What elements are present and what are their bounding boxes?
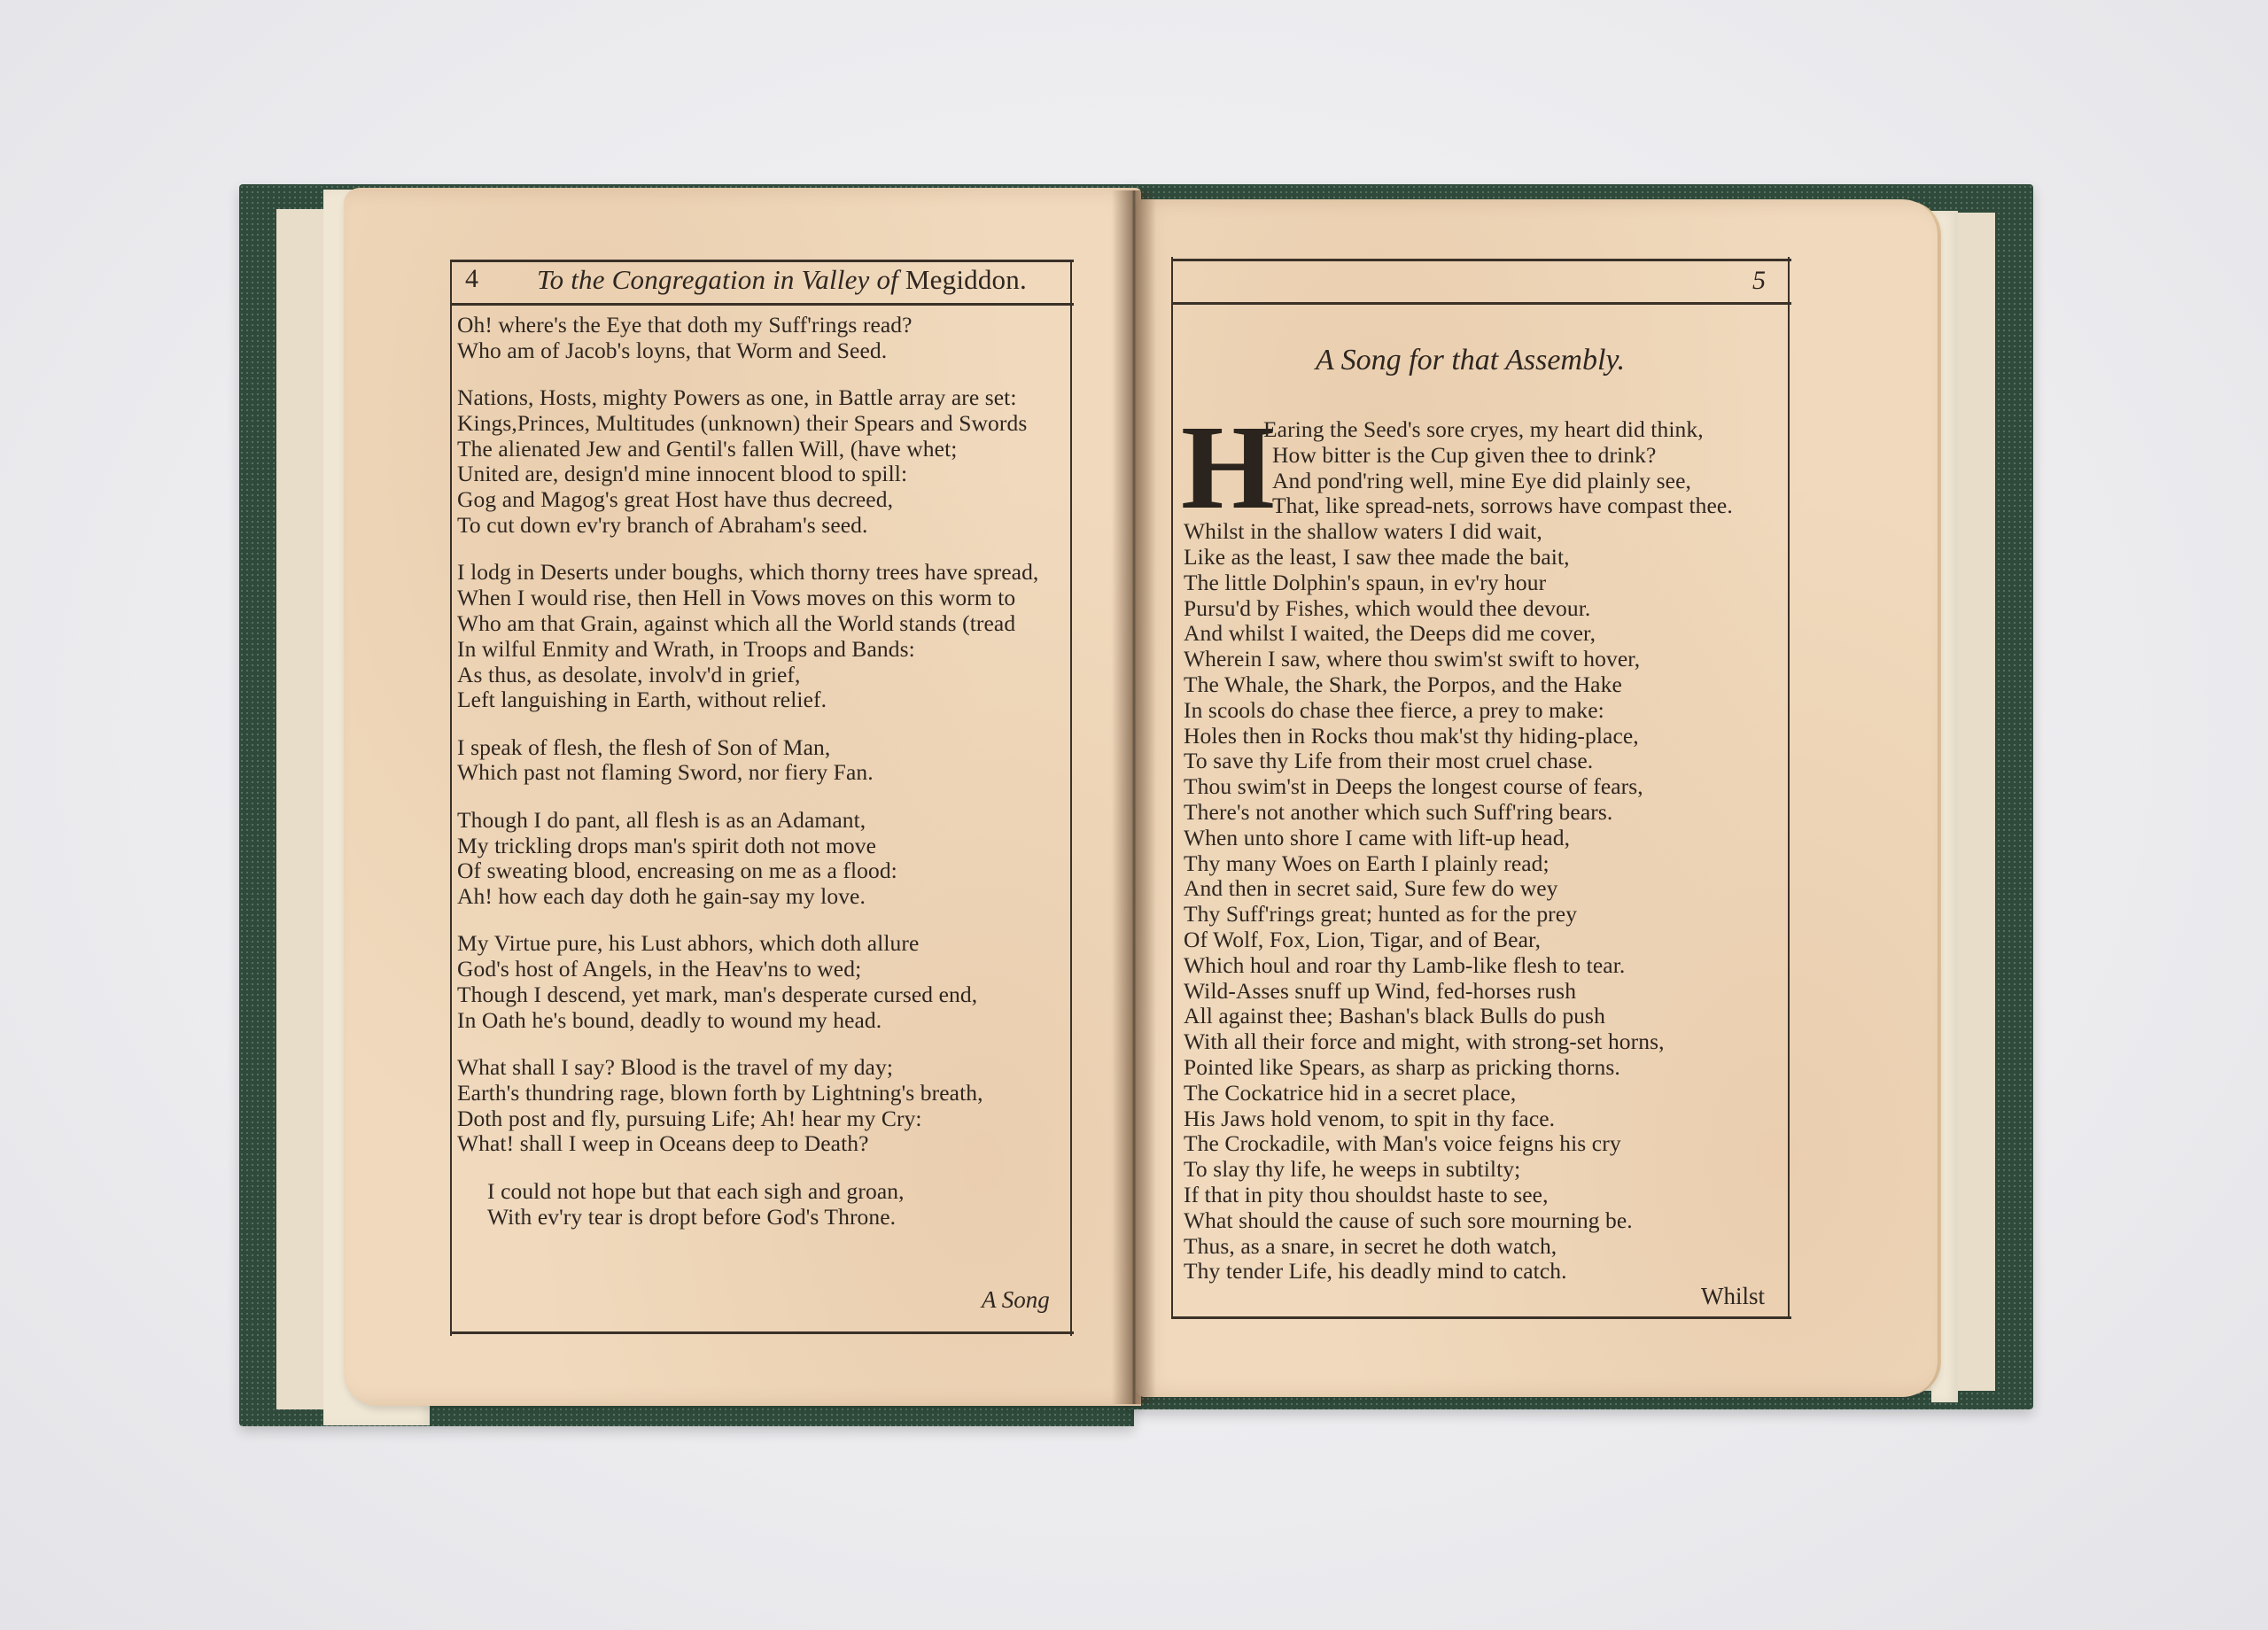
verse-line: What should the cause of such sore mourn… <box>1184 1207 1633 1233</box>
verse-line: Nations, Hosts, mighty Powers as one, in… <box>457 384 1017 410</box>
verse-line: My Virtue pure, his Lust abhors, which d… <box>457 930 919 956</box>
verse-line: Earing the Seed's sore cryes, my heart d… <box>1263 416 1704 442</box>
verse-line: To cut down ev'ry branch of Abraham's se… <box>457 512 868 538</box>
running-head-roman: Megiddon. <box>905 264 1027 295</box>
verse-line: Thy Suff'rings great; hunted as for the … <box>1184 901 1577 927</box>
verse-line: To save thy Life from their most cruel c… <box>1184 748 1593 773</box>
right-bottom-rule <box>1171 1316 1791 1319</box>
verse-line: And whilst I waited, the Deeps did me co… <box>1184 620 1596 646</box>
verse-line: Thou swim'st in Deeps the longest course… <box>1184 773 1643 799</box>
drop-cap: H <box>1181 415 1275 521</box>
verse-line: I could not hope but that each sigh and … <box>487 1178 905 1204</box>
verse-line: Thus, as a snare, in secret he doth watc… <box>1184 1233 1557 1259</box>
verse-line: Though I descend, yet mark, man's desper… <box>457 982 977 1007</box>
verse-line: Pointed like Spears, as sharp as prickin… <box>1184 1054 1620 1080</box>
verse-line: With ev'ry tear is dropt before God's Th… <box>487 1204 896 1230</box>
verse-line: If that in pity thou shouldst haste to s… <box>1184 1182 1549 1207</box>
left-head-rule <box>450 303 1074 306</box>
verse-line: The Cockatrice hid in a secret place, <box>1184 1080 1516 1106</box>
verse-line: Oh! where's the Eye that doth my Suff'ri… <box>457 312 913 338</box>
verse-line: And pond'ring well, mine Eye did plainly… <box>1272 468 1691 493</box>
verse-line: When I would rise, then Hell in Vows mov… <box>457 585 1015 610</box>
right-head-rule <box>1171 302 1791 305</box>
verse-line: To slay thy life, he weeps in subtilty; <box>1184 1156 1520 1182</box>
verse-line: God's host of Angels, in the Heav'ns to … <box>457 956 861 982</box>
left-bottom-rule <box>450 1331 1074 1334</box>
verse-line: The Crockadile, with Man's voice feigns … <box>1184 1130 1621 1156</box>
left-top-rule <box>450 260 1074 262</box>
gutter-shadow <box>1112 190 1156 1404</box>
verse-line: Pursu'd by Fishes, which would thee devo… <box>1184 595 1590 621</box>
verse-line: When unto shore I came with lift-up head… <box>1184 825 1570 850</box>
right-catchword: Whilst <box>1701 1283 1765 1310</box>
song-title: A Song for that Assembly. <box>1316 344 1625 377</box>
verse-line: Who am of Jacob's loyns, that Worm and S… <box>457 338 887 363</box>
right-top-rule <box>1171 259 1791 261</box>
verse-line: Which houl and roar thy Lamb-like flesh … <box>1184 952 1625 978</box>
verse-line: United are, design'd mine innocent blood… <box>457 461 907 486</box>
verse-line: Earth's thundring rage, blown forth by L… <box>457 1080 983 1106</box>
verse-line: Whilst in the shallow waters I did wait, <box>1184 518 1542 544</box>
verse-line: Which past not flaming Sword, nor fiery … <box>457 759 874 785</box>
verse-line: Thy many Woes on Earth I plainly read; <box>1184 850 1550 876</box>
verse-line: In Oath he's bound, deadly to wound my h… <box>457 1007 882 1033</box>
verse-line: In scools do chase thee fierce, a prey t… <box>1184 697 1604 723</box>
verse-line: Doth post and fly, pursuing Life; Ah! he… <box>457 1106 922 1131</box>
verse-line: I lodg in Deserts under boughs, which th… <box>457 559 1038 585</box>
verse-line: There's not another which such Suff'ring… <box>1184 799 1612 825</box>
verse-line: Though I do pant, all flesh is as an Ada… <box>457 807 866 833</box>
verse-line: The alienated Jew and Gentil's fallen Wi… <box>457 436 957 462</box>
verse-line: Gog and Magog's great Host have thus dec… <box>457 486 893 512</box>
verse-line: His Jaws hold venom, to spit in thy face… <box>1184 1106 1555 1131</box>
verse-line: Of Wolf, Fox, Lion, Tigar, and of Bear, <box>1184 927 1541 952</box>
verse-line: The little Dolphin's spaun, in ev'ry hou… <box>1184 570 1546 595</box>
left-catchword: A Song <box>982 1286 1050 1314</box>
verse-line: The Whale, the Shark, the Porpos, and th… <box>1184 671 1622 697</box>
verse-line: Wild-Asses snuff up Wind, fed-horses rus… <box>1184 978 1576 1004</box>
verse-line: What shall I say? Blood is the travel of… <box>457 1054 893 1080</box>
verse-line: With all their force and might, with str… <box>1184 1028 1665 1054</box>
verse-line: Thy tender Life, his deadly mind to catc… <box>1184 1258 1567 1284</box>
verse-line: As thus, as desolate, involv'd in grief, <box>457 662 801 687</box>
verse-line: Who am that Grain, against which all the… <box>457 610 1015 636</box>
verse-line: What! shall I weep in Oceans deep to Dea… <box>457 1130 869 1156</box>
verse-line: Like as the least, I saw thee made the b… <box>1184 544 1570 570</box>
verse-line: Kings,Princes, Multitudes (unknown) thei… <box>457 410 1027 436</box>
verse-line: I speak of flesh, the flesh of Son of Ma… <box>457 734 830 760</box>
verse-line: Wherein I saw, where thou swim'st swift … <box>1184 646 1640 671</box>
verse-line: Ah! how each day doth he gain-say my lov… <box>457 883 866 909</box>
verse-line: Left languishing in Earth, without relie… <box>457 687 827 712</box>
right-page-number: 5 <box>1752 266 1766 296</box>
verse-line: My trickling drops man's spirit doth not… <box>457 833 876 858</box>
verse-line: And then in secret said, Sure few do wey <box>1184 875 1558 901</box>
verse-line: All against thee; Bashan's black Bulls d… <box>1184 1003 1605 1028</box>
left-page-number: 4 <box>465 264 478 294</box>
verse-line: Holes then in Rocks thou mak'st thy hidi… <box>1184 723 1639 749</box>
verse-line: That, like spread-nets, sorrows have com… <box>1272 493 1733 518</box>
verse-line: Of sweating blood, encreasing on me as a… <box>457 858 897 883</box>
verse-line: How bitter is the Cup given thee to drin… <box>1272 442 1656 468</box>
running-head-italic: To the Congregation in Valley of <box>537 264 905 295</box>
left-running-head: To the Congregation in Valley of Megiddo… <box>537 264 1027 296</box>
verse-line: In wilful Enmity and Wrath, in Troops an… <box>457 636 915 662</box>
